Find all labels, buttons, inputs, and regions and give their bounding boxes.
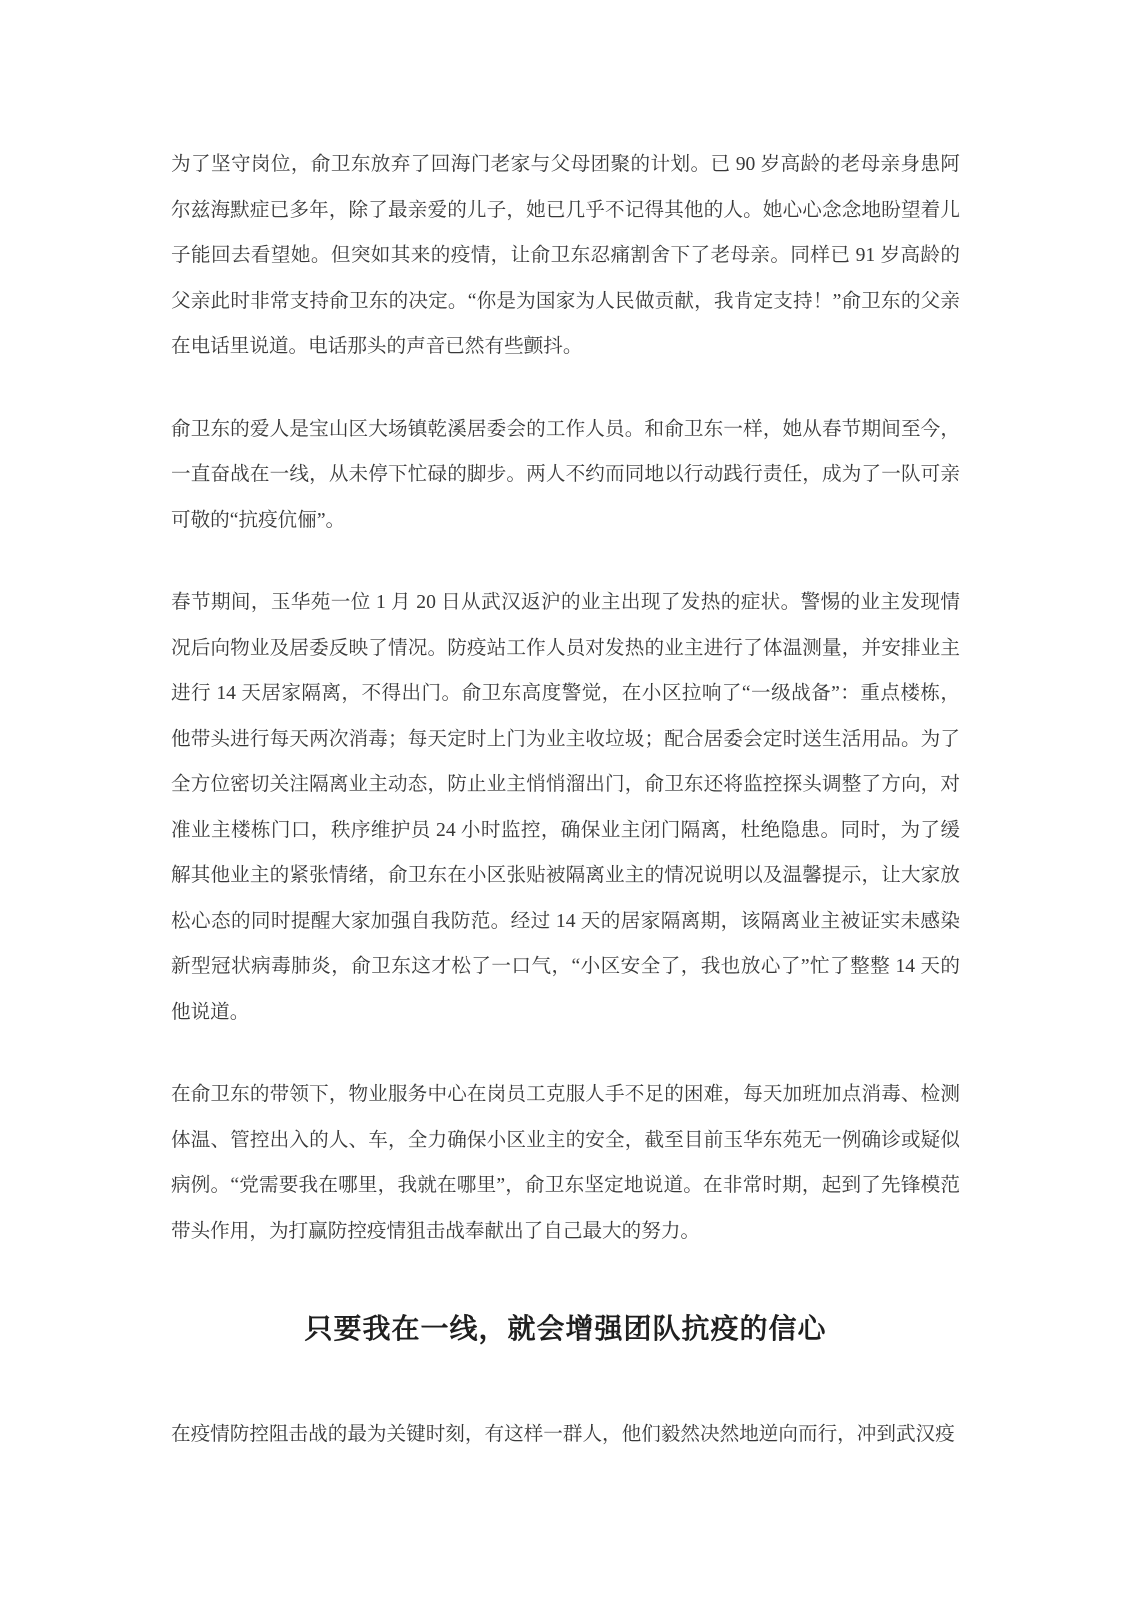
body-paragraph-3: 春节期间，玉华苑一位 1 月 20 日从武汉返沪的业主出现了发热的症状。警惕的业… xyxy=(171,580,960,1035)
body-paragraph-2: 俞卫东的爱人是宝山区大场镇乾溪居委会的工作人员。和俞卫东一样，她从春节期间至今，… xyxy=(171,407,960,544)
section-heading: 只要我在一线，就会增强团队抗疫的信心 xyxy=(171,1307,960,1353)
document-page: 为了坚守岗位，俞卫东放弃了回海门老家与父母团聚的计划。已 90 岁高龄的老母亲身… xyxy=(0,0,1131,1600)
body-paragraph-1: 为了坚守岗位，俞卫东放弃了回海门老家与父母团聚的计划。已 90 岁高龄的老母亲身… xyxy=(171,142,960,370)
body-paragraph-4: 在俞卫东的带领下，物业服务中心在岗员工克服人手不足的困难，每天加班加点消毒、检测… xyxy=(171,1072,960,1254)
body-paragraph-5: 在疫情防控阻击战的最为关键时刻，有这样一群人，他们毅然决然地逆向而行，冲到武汉疫 xyxy=(171,1412,960,1458)
